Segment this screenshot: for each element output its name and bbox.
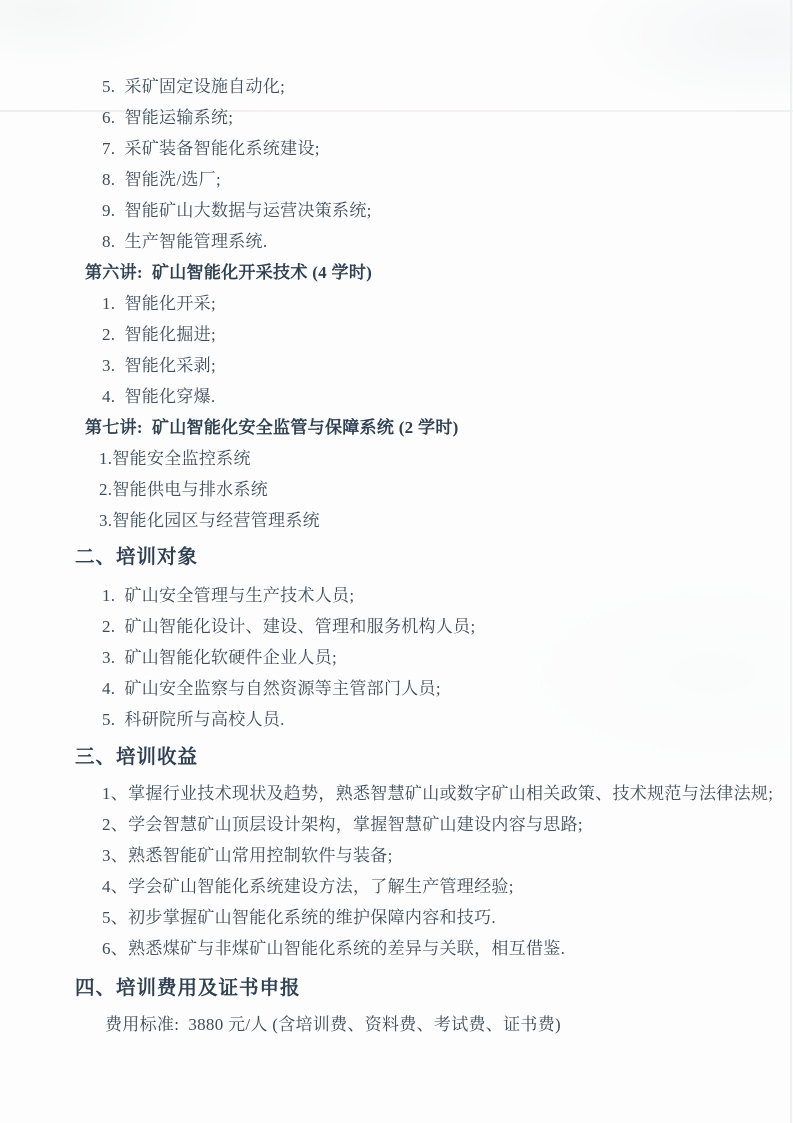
- list-item: 4. 智能化穿爆.: [0, 381, 793, 412]
- list-item: 5. 科研院所与高校人员.: [0, 704, 793, 735]
- list-item: 8. 生产智能管理系统.: [0, 226, 793, 257]
- lecture-6-title: 第六讲: 矿山智能化开采技术 (4 学时): [0, 257, 793, 288]
- document-content: 5. 采矿固定设施自动化; 6. 智能运输系统; 7. 采矿装备智能化系统建设;…: [0, 0, 793, 1040]
- list-item: 1、掌握行业技术现状及趋势，熟悉智慧矿山或数字矿山相关政策、技术规范与法律法规;: [0, 778, 793, 809]
- list-item: 4. 矿山安全监察与自然资源等主管部门人员;: [0, 673, 793, 704]
- list-item: 6. 智能运输系统;: [0, 102, 793, 133]
- list-item: 3、熟悉智能矿山常用控制软件与装备;: [0, 840, 793, 871]
- list-item: 1. 智能化开采;: [0, 288, 793, 319]
- list-item: 4、学会矿山智能化系统建设方法，了解生产管理经验;: [0, 871, 793, 902]
- lecture-7-title: 第七讲: 矿山智能化安全监管与保障系统 (2 学时): [0, 412, 793, 443]
- list-item: 1.智能安全监控系统: [0, 443, 793, 474]
- list-item: 1. 矿山安全管理与生产技术人员;: [0, 580, 793, 611]
- section-heading-fees: 四、培训费用及证书申报: [0, 972, 793, 1006]
- list-item: 2、学会智慧矿山顶层设计架构，掌握智慧矿山建设内容与思路;: [0, 809, 793, 840]
- document-page: 5. 采矿固定设施自动化; 6. 智能运输系统; 7. 采矿装备智能化系统建设;…: [0, 0, 793, 1123]
- list-item: 3. 矿山智能化软硬件企业人员;: [0, 642, 793, 673]
- list-item: 5. 采矿固定设施自动化;: [0, 71, 793, 102]
- section-heading-training-benefits: 三、培训收益: [0, 741, 793, 775]
- list-item: 2.智能供电与排水系统: [0, 474, 793, 505]
- fee-standard-line: 费用标准: 3880 元/人 (含培训费、资料费、考试费、证书费): [0, 1009, 793, 1040]
- list-item: 5、初步掌握矿山智能化系统的维护保障内容和技巧.: [0, 902, 793, 933]
- list-item: 7. 采矿装备智能化系统建设;: [0, 133, 793, 164]
- list-item: 2. 矿山智能化设计、建设、管理和服务机构人员;: [0, 611, 793, 642]
- list-item: 3.智能化园区与经营管理系统: [0, 505, 793, 536]
- list-item: 8. 智能洗/选厂;: [0, 164, 793, 195]
- section-heading-training-targets: 二、培训对象: [0, 541, 793, 575]
- list-item: 2. 智能化掘进;: [0, 319, 793, 350]
- list-item: 6、熟悉煤矿与非煤矿山智能化系统的差异与关联，相互借鉴.: [0, 933, 793, 964]
- list-item: 3. 智能化采剥;: [0, 350, 793, 381]
- list-item: 9. 智能矿山大数据与运营决策系统;: [0, 195, 793, 226]
